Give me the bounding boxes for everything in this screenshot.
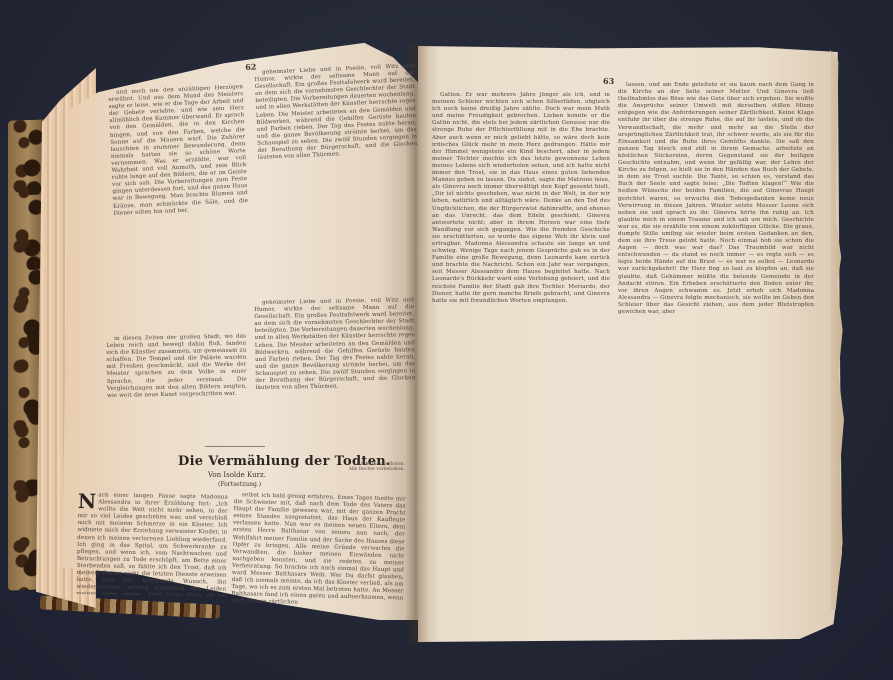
article-column-1: N ach einer langen Pause sagte Madonna A… [76, 492, 228, 597]
left-lower-column-2: geheimster Liebe und in Poesie, voll Wit… [254, 297, 416, 420]
left-lower-column-1: in diesen Zeiten der großen Stadt, wo da… [106, 334, 248, 426]
left-upper-column-1: und noch nie den unzähligen Herzögen erw… [108, 84, 252, 310]
article-rights-notice: Nachdruck verboten. Alle Rechte vorbehal… [345, 462, 405, 472]
right-column-2: lassen, und am Ende geleitete er sie kau… [618, 82, 814, 592]
right-col2-text: lassen, und am Ende geleitete er sie kau… [618, 82, 814, 316]
right-page-number: 63 [603, 76, 614, 86]
book-photo-scene: 62 und noch nie den unzähligen Herzögen … [0, 0, 893, 680]
right-col1-text: Gatten. Er war mehrere Jahre jünger als … [432, 92, 610, 305]
drop-cap: N [78, 492, 97, 510]
left-lower-col1-text: in diesen Zeiten der großen Stadt, wo da… [106, 334, 247, 400]
article-col1-text: ach einer langen Pause sagte Madonna Ale… [76, 492, 228, 596]
article-author: Von Isolde Kurz. [208, 471, 266, 479]
right-page-torn-edge [830, 50, 844, 610]
section-divider [205, 446, 265, 447]
left-upper-col2-text: geheimster Liebe und in Poesie, voll Wit… [254, 63, 418, 162]
article-col2-text: selbst ich bald genug erfahren. Eines Ta… [231, 492, 406, 610]
article-column-2: selbst ich bald genug erfahren. Eines Ta… [231, 492, 406, 614]
left-upper-col1-text: und noch nie den unzähligen Herzögen erw… [108, 84, 248, 217]
right-column-1: Gatten. Er war mehrere Jahre jünger als … [432, 92, 610, 597]
left-upper-column-2: geheimster Liebe und in Poesie, voll Wit… [254, 63, 424, 295]
rights-line-2: Alle Rechte vorbehalten. [345, 467, 405, 472]
article-continuation: (Fortsetzung.) [218, 481, 261, 488]
left-lower-col2-text: geheimster Liebe und in Poesie, voll Wit… [254, 297, 416, 392]
